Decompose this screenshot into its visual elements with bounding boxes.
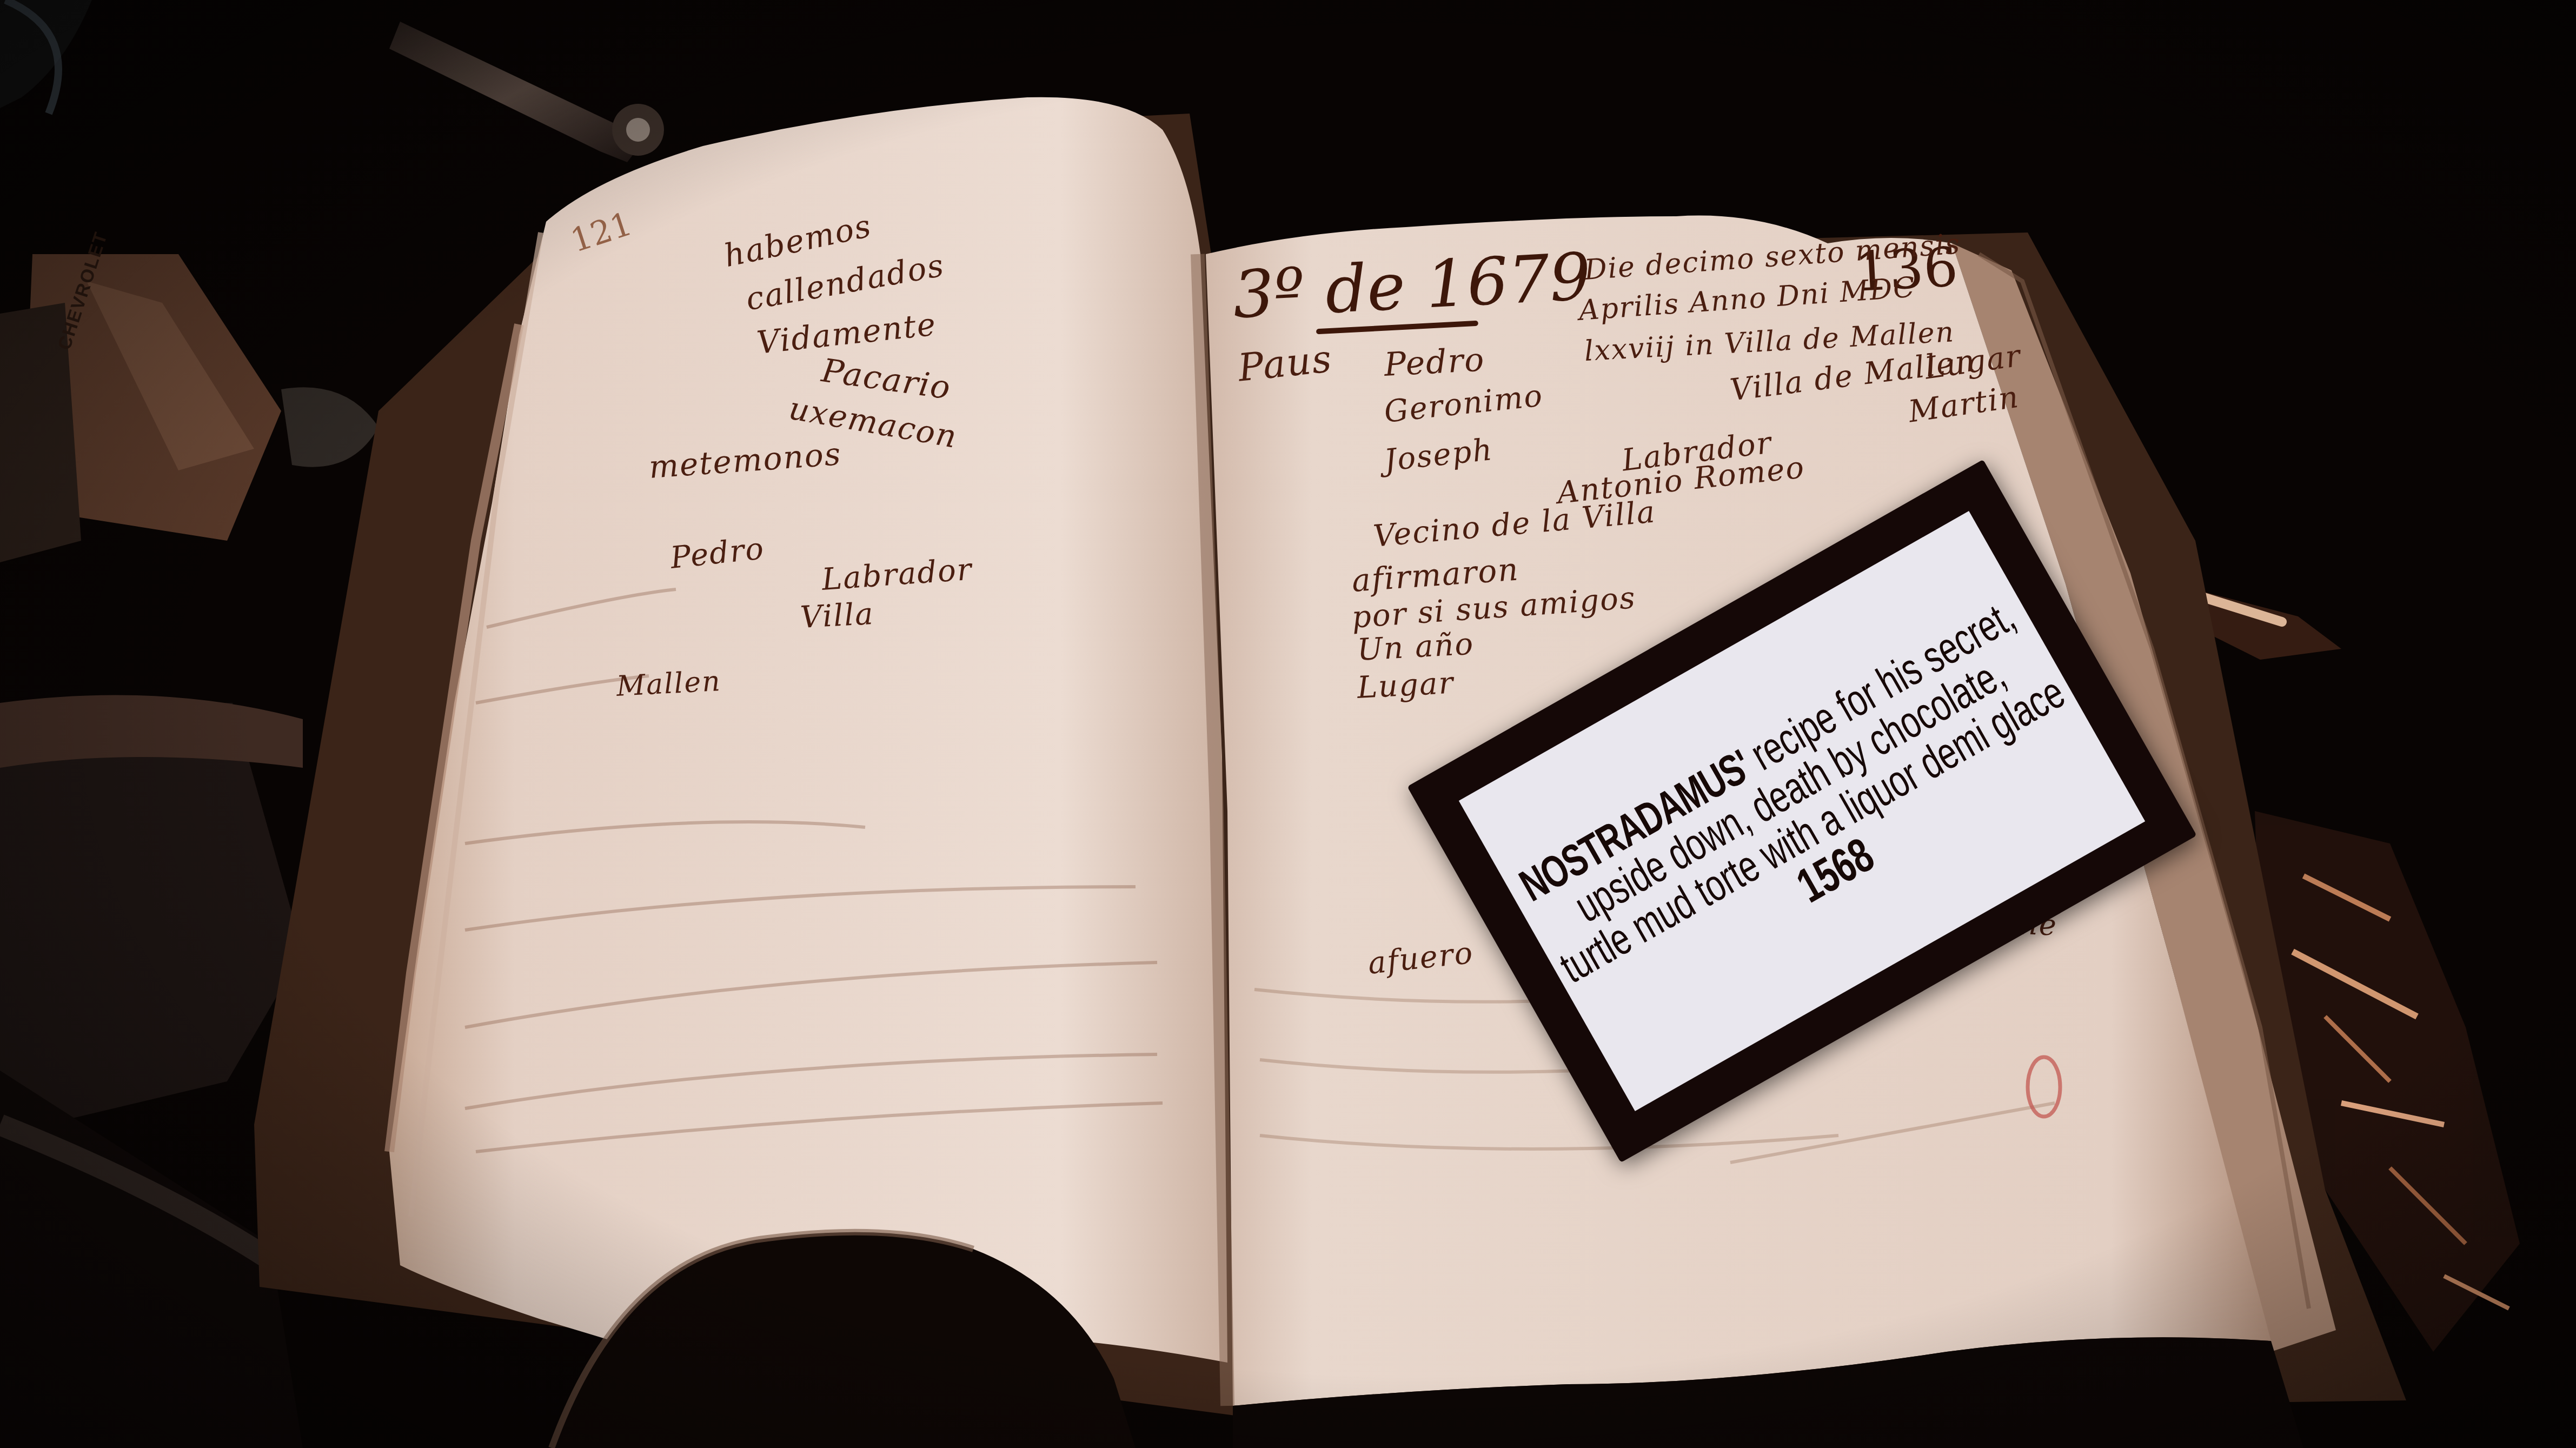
manuscript-line: Pedro xyxy=(1383,341,1486,384)
photo-scene: CHEVROLET 121 3º de 1679 136 Die decimo … xyxy=(0,0,2576,1448)
manuscript-line: Villa xyxy=(799,596,875,635)
manuscript-line: Mallen xyxy=(615,665,722,703)
manuscript-line: Lugar xyxy=(1356,666,1455,706)
label-line-2: upside down, death by chocolate, xyxy=(1568,650,2012,929)
manuscript-line: Un año xyxy=(1356,627,1475,668)
book-illustration xyxy=(0,0,2576,1448)
